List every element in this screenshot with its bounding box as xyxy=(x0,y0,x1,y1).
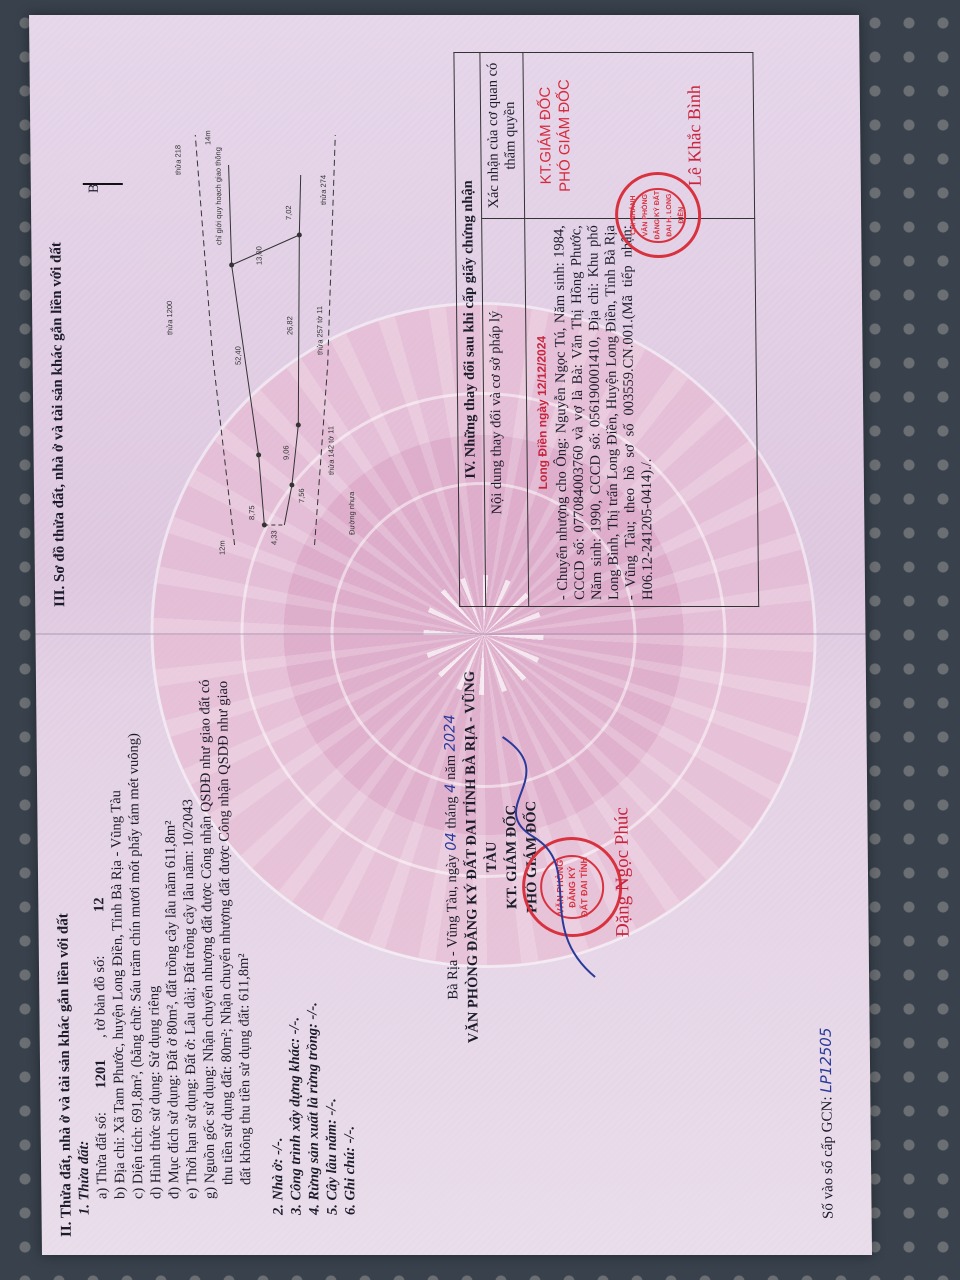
changes-table: IV. Những thay đổi sau khi cấp giấy chứn… xyxy=(453,52,759,607)
signature-scribble xyxy=(492,727,615,987)
dim-8-75: 8,75 xyxy=(247,505,256,520)
dim-7-56: 7,56 xyxy=(297,488,306,503)
change-date: Long Điền ngày 12/12/2024 xyxy=(533,225,551,600)
signing-year: 2024 xyxy=(442,714,458,751)
change-entry: - Chuyển nhượng cho Ông: Nguyễn Ngọc Tú,… xyxy=(551,225,657,600)
north-label: B xyxy=(87,184,103,193)
gcn-value: LP12505 xyxy=(817,1028,836,1093)
dim-9-06: 9,06 xyxy=(282,445,291,460)
parcel-diagram: thửa 1200 thửa 218 thửa 274 thửa 257 tờ … xyxy=(110,105,375,565)
page-fold xyxy=(35,633,865,635)
branch-stamp-text: CHI NHÁNH VĂN PHÒNG ĐĂNG KÝ ĐẤT ĐAI H. L… xyxy=(630,188,686,243)
label-parcel-257: thửa 257 tờ 11 xyxy=(315,306,325,355)
changes-col2-header: Xác nhận của cơ quan có thẩm quyền xyxy=(480,53,525,219)
dim-13: 13,00 xyxy=(254,246,263,265)
authority-cell: KT.GIÁM ĐỐC PHÓ GIÁM ĐỐC CHI NHÁNH VĂN P… xyxy=(523,53,755,219)
parcel-number: 1201 xyxy=(93,1059,109,1088)
dim-4-33: 4,33 xyxy=(269,530,278,545)
gcn-register-number: Số vào sổ cấp GCN: LP12505 xyxy=(817,1028,838,1219)
authority-kt: KT.GIÁM ĐỐC xyxy=(535,59,556,212)
label-parcel-142: thửa 142 tờ 11 xyxy=(326,426,336,475)
label-planning-line: chỉ giới quy hoạch giao thông xyxy=(213,147,223,245)
dim-26-82: 26,82 xyxy=(285,316,294,335)
map-sheet-label: , tờ bản đồ số: xyxy=(92,956,109,1038)
dim-52-40: 52,40 xyxy=(233,346,242,365)
signer-name: Đặng Ngọc Phúc xyxy=(613,807,632,937)
dim-7-02: 7,02 xyxy=(284,205,293,220)
month-label: tháng xyxy=(443,796,459,828)
map-sheet-number: 12 xyxy=(91,898,107,913)
section-iii-title: III. Sơ đồ thửa đất, nhà ở và tài sản kh… xyxy=(45,27,69,607)
label-road: Đường nhựa xyxy=(347,491,356,535)
year-label: năm xyxy=(443,755,459,780)
land-use-certificate: II. Thửa đất, nhà ở và tài sản khác gắn … xyxy=(29,15,872,1255)
signing-day: 04 xyxy=(444,832,460,850)
gcn-label: Số vào sổ cấp GCN: xyxy=(819,1097,836,1220)
label-parcel-274: thửa 274 xyxy=(319,175,328,205)
dim-12m: 12m xyxy=(218,540,227,555)
branch-stamp: CHI NHÁNH VĂN PHÒNG ĐĂNG KÝ ĐẤT ĐAI H. L… xyxy=(615,172,702,258)
signing-month: 4 xyxy=(443,784,459,793)
left-page: II. Thửa đất, nhà ở và tài sản khác gắn … xyxy=(52,647,852,1237)
authority-deputy: PHÓ GIÁM ĐỐC xyxy=(554,59,575,212)
label-parcel-218: thửa 218 xyxy=(173,145,182,175)
label-parcel-1200: thửa 1200 xyxy=(165,301,174,335)
change-entry-cell: Long Điền ngày 12/12/2024 - Chuyển nhượn… xyxy=(525,219,759,607)
dim-14m: 14m xyxy=(203,130,212,145)
signing-place: Bà Rịa - Vũng Tàu, ngày xyxy=(444,854,462,999)
parcel-number-label: a) Thửa đất số: xyxy=(94,1112,111,1199)
changes-col1-header: Nội dung thay đổi và cơ sở pháp lý xyxy=(482,219,529,607)
